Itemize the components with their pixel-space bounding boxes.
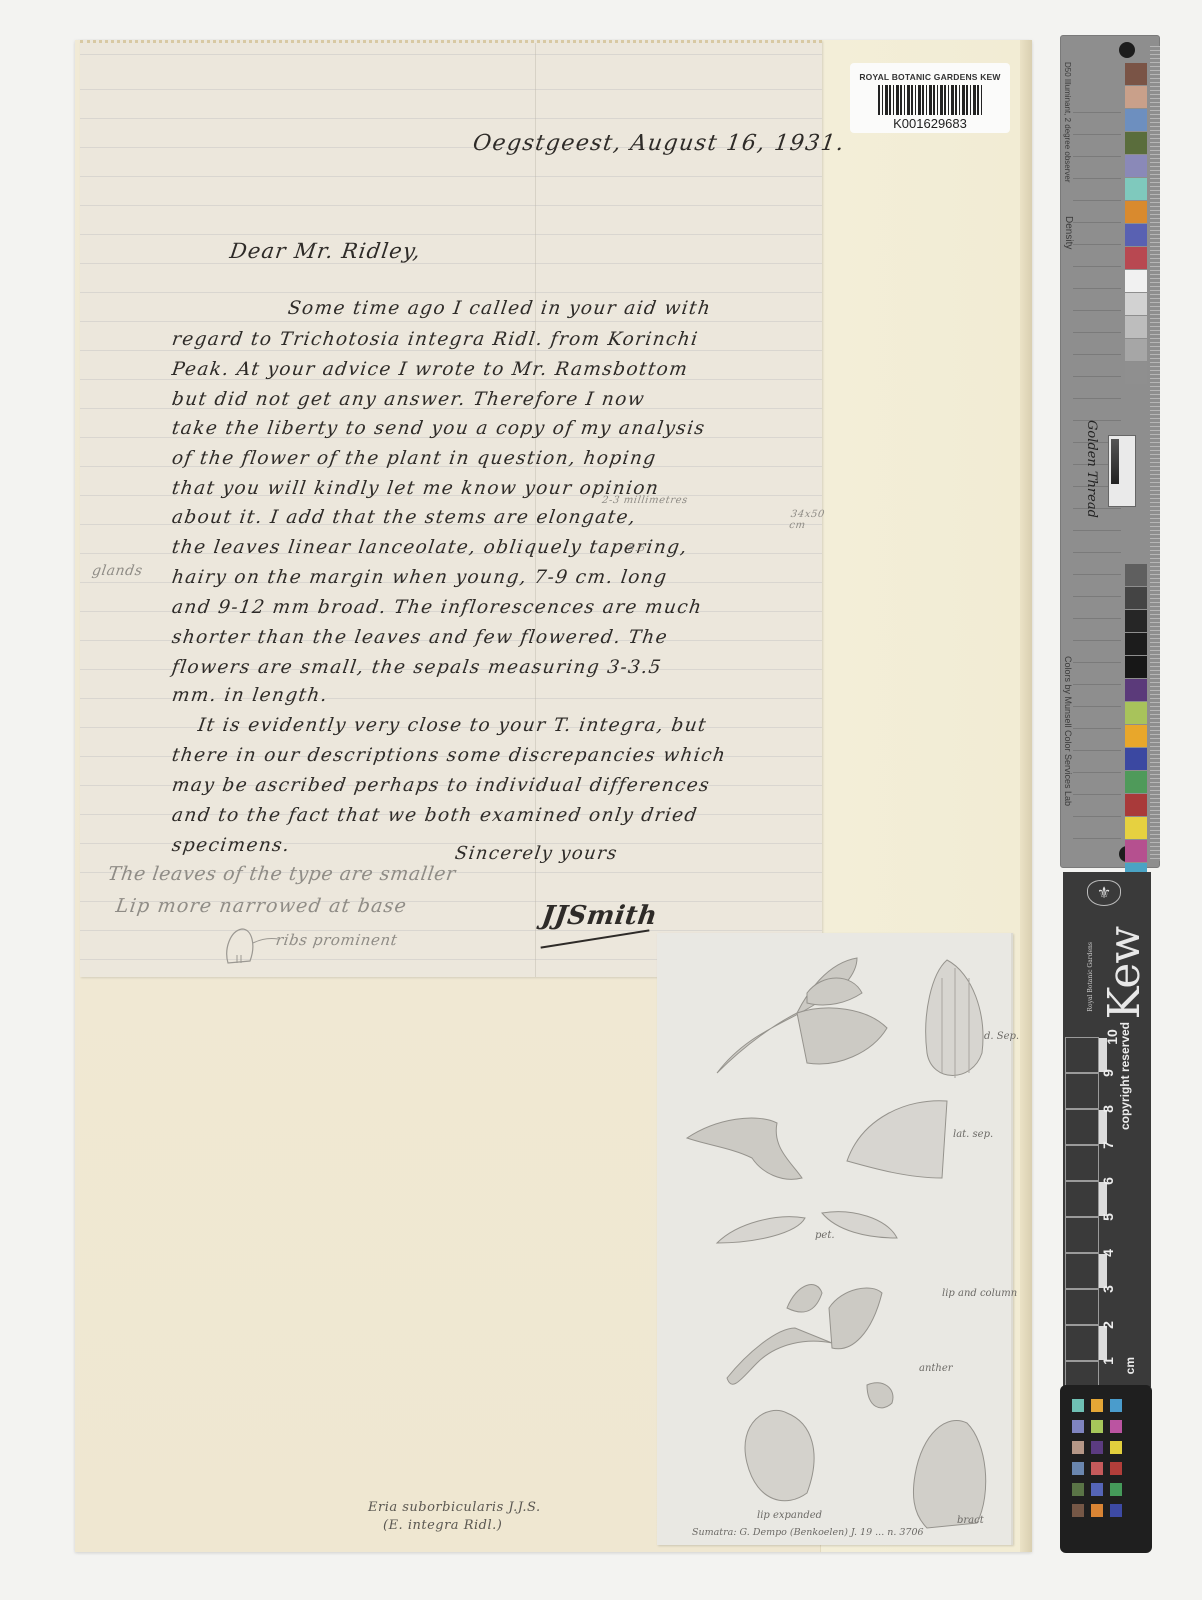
color-swatch	[1125, 840, 1147, 862]
letter-body-line: may be ascribed perhaps to individual di…	[171, 775, 712, 796]
scale-tick-label: 2	[1100, 1321, 1116, 1329]
color-swatch	[1125, 316, 1147, 338]
color-swatch	[1125, 794, 1147, 816]
label-anther: anther	[919, 1363, 953, 1374]
color-swatch	[1125, 702, 1147, 724]
letter-body-line: shorter than the leaves and few flowered…	[171, 627, 670, 648]
signature-underline	[541, 929, 650, 948]
scale-segment	[1065, 1181, 1099, 1217]
ruler-hole	[1119, 42, 1135, 58]
color-swatch	[1125, 587, 1147, 609]
scale-tick-label: 10	[1104, 1029, 1120, 1045]
letter-place-date: Oegstgeest, August 16, 1931.	[471, 131, 846, 156]
checker-row	[1072, 1483, 1152, 1496]
letter-body-line: Peak. At your advice I wrote to Mr. Rams…	[171, 359, 690, 380]
scale-segment	[1065, 1289, 1099, 1325]
letter-body-line: and 9-12 mm broad. The inflorescences ar…	[171, 597, 704, 618]
color-swatch	[1125, 178, 1147, 200]
checker-row	[1072, 1504, 1152, 1517]
color-chip	[1091, 1399, 1103, 1412]
ruler-scale-ticks	[1150, 46, 1160, 861]
kew-crest-icon: ⚜	[1087, 880, 1121, 906]
color-swatch	[1125, 63, 1147, 85]
pencil-annotation: The leaves of the type are smaller	[106, 863, 457, 885]
color-chip	[1072, 1399, 1084, 1412]
lip-sketch-icon	[220, 921, 280, 971]
color-swatch	[1125, 155, 1147, 177]
scale-tick-label: 7	[1100, 1141, 1116, 1149]
color-chip	[1110, 1441, 1122, 1454]
ruler-footer-text: Colors by Munsell Color Services Lab	[1063, 656, 1073, 806]
kew-copyright: copyright reserved	[1118, 1022, 1132, 1130]
margin-note: 34x50 cm	[788, 509, 821, 531]
checker-row	[1072, 1441, 1152, 1454]
determination-line-2: (E. integra Ridl.)	[383, 1518, 502, 1533]
scale-tick-label: 3	[1100, 1285, 1116, 1293]
color-chip	[1091, 1462, 1103, 1475]
interlinear-note: 2-3 millimetres	[601, 495, 688, 506]
color-swatch	[1125, 633, 1147, 655]
checker-row	[1072, 1462, 1152, 1475]
color-swatch	[1125, 270, 1147, 292]
letter-closing: Sincerely yours	[454, 843, 620, 864]
determination-line-1: Eria suborbicularis J.J.S.	[368, 1500, 541, 1515]
letter-body-line: of the flower of the plant in question, …	[171, 448, 659, 469]
scale-tick-label: 4	[1100, 1249, 1116, 1257]
color-swatch	[1125, 817, 1147, 839]
color-swatch	[1125, 293, 1147, 315]
scale-tick-label: 5	[1100, 1213, 1116, 1221]
collection-note: Sumatra: G. Dempo (Benkoelen) J. 19 ... …	[692, 1527, 924, 1538]
ruler-swatches-upper	[1125, 63, 1149, 385]
botanical-drawing-sheet: d. Sep. lat. sep. pet. lip and column an…	[657, 933, 1013, 1545]
color-chip	[1072, 1441, 1084, 1454]
letter-body-line: regard to Trichotosia integra Ridl. from…	[171, 329, 700, 350]
color-swatch	[1125, 339, 1147, 361]
color-swatch	[1125, 771, 1147, 793]
kew-scale-bar: ⚜ Royal Botanic Gardens Kew copyright re…	[1063, 872, 1151, 1387]
letter-body-line: specimens.	[171, 835, 292, 856]
scale-tick-label: 6	[1100, 1177, 1116, 1185]
ruler-brand: Golden Thread	[1084, 420, 1099, 518]
letter-body-line: that you will kindly let me know your op…	[171, 478, 661, 499]
ruler-swatches-lower	[1125, 564, 1149, 886]
label-lateral-sepal: lat. sep.	[953, 1129, 993, 1140]
margin-note: glands	[91, 563, 144, 579]
scale-segment	[1065, 1145, 1099, 1181]
color-chip	[1110, 1483, 1122, 1496]
handwritten-letter: Oegstgeest, August 16, 1931. Dear Mr. Ri…	[80, 40, 822, 977]
scale-segment	[1065, 1217, 1099, 1253]
scale-segment	[1065, 1325, 1099, 1361]
scale-segment	[1065, 1253, 1099, 1289]
label-bract: bract	[957, 1515, 984, 1526]
label-lip-expanded: lip expanded	[757, 1510, 822, 1521]
density-target	[1108, 435, 1136, 507]
checker-row	[1072, 1420, 1152, 1433]
color-swatch	[1125, 748, 1147, 770]
letter-body-line: Some time ago I called in your aid with	[287, 298, 713, 319]
institution-name: ROYAL BOTANIC GARDENS KEW	[850, 72, 1010, 82]
color-chip	[1110, 1420, 1122, 1433]
letter-body-line: there in our descriptions some discrepan…	[171, 745, 728, 766]
letter-body-line: It is evidently very close to your T. in…	[197, 715, 709, 736]
color-chip	[1072, 1504, 1084, 1517]
color-chip	[1091, 1483, 1103, 1496]
scale-segment	[1065, 1037, 1099, 1073]
letter-body-line: flowers are small, the sepals measuring …	[171, 657, 664, 678]
color-swatch	[1125, 679, 1147, 701]
letter-body-line: the leaves linear lanceolate, obliquely …	[171, 537, 690, 558]
scale-tick-label: 1	[1100, 1357, 1116, 1365]
scale-tick-label: 9	[1100, 1069, 1116, 1077]
color-chip	[1110, 1462, 1122, 1475]
color-swatch	[1125, 725, 1147, 747]
barcode-icon	[878, 85, 982, 115]
color-chip	[1110, 1504, 1122, 1517]
interlinear-note: 5.5	[627, 543, 646, 554]
letter-body-line: but did not get any answer. Therefore I …	[171, 389, 647, 410]
color-checker-card	[1060, 1385, 1152, 1553]
scale-tick-label: 8	[1100, 1105, 1116, 1113]
ruler-header-text: D50 Illuminant, 2 degree observer	[1063, 62, 1072, 183]
color-swatch	[1125, 656, 1147, 678]
color-swatch	[1125, 362, 1147, 384]
letter-body-line: take the liberty to send you a copy of m…	[171, 418, 707, 439]
color-swatch	[1125, 86, 1147, 108]
letter-body-line: hairy on the margin when young, 7-9 cm. …	[171, 567, 669, 588]
letter-body-line: about it. I add that the stems are elong…	[171, 507, 638, 528]
label-lip-and-column: lip and column	[942, 1288, 1017, 1299]
barcode-number: K001629683	[850, 116, 1010, 131]
color-chip	[1091, 1504, 1103, 1517]
kew-unit-label: cm	[1123, 1357, 1137, 1374]
barcode-label: ROYAL BOTANIC GARDENS KEW K001629683	[850, 63, 1010, 133]
color-chip	[1072, 1462, 1084, 1475]
color-chip	[1072, 1483, 1084, 1496]
color-swatch	[1125, 201, 1147, 223]
color-chip	[1091, 1420, 1103, 1433]
letter-body-line: and to the fact that we both examined on…	[171, 805, 700, 826]
color-swatch	[1125, 610, 1147, 632]
color-chip	[1072, 1420, 1084, 1433]
color-chip	[1110, 1399, 1122, 1412]
color-chip	[1091, 1441, 1103, 1454]
letter-body-line: mm. in length.	[171, 685, 330, 706]
ruler-density-label: Density	[1063, 216, 1074, 249]
scale-segment	[1065, 1109, 1099, 1145]
kew-logo: Kew	[1099, 927, 1150, 1019]
checker-row	[1072, 1399, 1152, 1412]
letter-signature: JJSmith	[540, 901, 659, 931]
mount-sheet-edge	[1020, 40, 1032, 1552]
letter-salutation: Dear Mr. Ridley,	[228, 239, 423, 263]
color-swatch	[1125, 564, 1147, 586]
orchid-dissection-drawing	[657, 933, 1013, 1545]
color-swatch	[1125, 132, 1147, 154]
kew-subtitle: Royal Botanic Gardens	[1087, 942, 1094, 1012]
kew-cm-scale: 109876543210	[1065, 1037, 1099, 1387]
color-swatch	[1125, 224, 1147, 246]
color-swatch	[1125, 247, 1147, 269]
label-dorsal-sepal: d. Sep.	[984, 1031, 1019, 1042]
pencil-annotation: Lip more narrowed at base	[114, 895, 408, 917]
scale-segment	[1065, 1073, 1099, 1109]
color-swatch	[1125, 109, 1147, 131]
pencil-annotation: ribs prominent	[275, 931, 399, 949]
label-petal: pet.	[815, 1230, 835, 1241]
